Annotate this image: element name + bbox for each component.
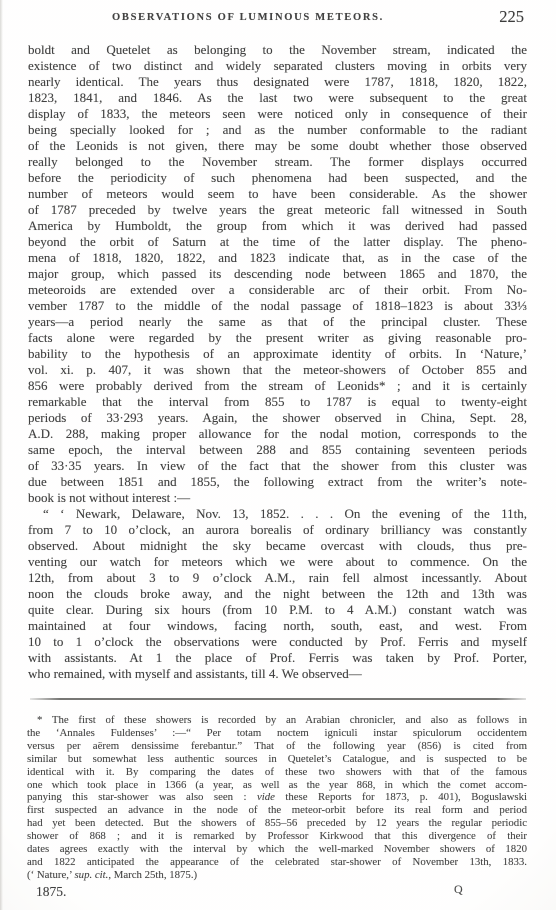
text-line: “ ‘ Newark, Delaware, Nov. 13, 1852. . .… [28, 506, 527, 522]
running-title: OBSERVATIONS OF LUMINOUS METEORS. [0, 12, 496, 23]
footnote-separator-rule [30, 698, 526, 700]
text-line: the ‘Annales Fuldenses’ :—“ Per totam no… [27, 727, 527, 740]
text-line: mena of 1818, 1820, 1822, and 1823 indic… [28, 250, 527, 266]
text-line: of 33·35 years. In view of the fact that… [28, 458, 527, 474]
footer-year: 1875. [36, 884, 66, 900]
text-line: nearly identical. The years thus designa… [28, 74, 527, 90]
text-line: remarkable that the interval from 855 to… [28, 394, 527, 410]
text-line: before the periodicity of such phenomena… [28, 170, 527, 186]
text-line: meteoroids are extended over a considera… [28, 282, 527, 298]
text-line: identical with it. By comparing the date… [27, 766, 527, 779]
text-line: 856 were probably derived from the strea… [28, 378, 527, 394]
text-line: 1823, 1841, and 1846. As the last two we… [28, 90, 527, 106]
running-head: OBSERVATIONS OF LUMINOUS METEORS. 225 [0, 9, 556, 31]
text-line: periods of 33·293 years. Again, the show… [28, 410, 527, 426]
scanned-book-page: OBSERVATIONS OF LUMINOUS METEORS. 225 bo… [0, 0, 556, 910]
footnote-paragraph: * The first of these showers is recorded… [27, 714, 527, 882]
text-line: of the Leonids is not given, there may b… [28, 138, 527, 154]
text-line: major group, which passed its descending… [28, 266, 527, 282]
text-line: vol. xi. p. 407, it was shown that the m… [28, 362, 527, 378]
text-line: facts alone were regarded by the present… [28, 330, 527, 346]
text-line: observed. About midnight the sky became … [28, 538, 527, 554]
printers-signature-mark: Q [454, 882, 463, 897]
text-line: shower of 868 ; and it is remarked by Pr… [27, 830, 527, 843]
text-line: with assistants. At 1 the place of Prof.… [28, 650, 527, 666]
footnote: * The first of these showers is recorded… [27, 714, 527, 882]
text-line: maintained at four windows, facing north… [28, 618, 527, 634]
text-line: had yet been detected. But the showers o… [27, 817, 527, 830]
text-line: years—a period nearly the same as that o… [28, 314, 527, 330]
text-line: noon the clouds broke away, and the nigh… [28, 586, 527, 602]
text-line: boldt and Quetelet as belonging to the N… [28, 42, 527, 58]
text-line: of 1787 preceded by twelve years the gre… [28, 202, 527, 218]
text-line: and 1822 anticipated the appearance of t… [27, 856, 527, 869]
text-line: who remained, with myself and assistants… [28, 666, 527, 682]
paragraph-quote-newark: “ ‘ Newark, Delaware, Nov. 13, 1852. . .… [28, 506, 527, 682]
text-line: really belonged to the November stream. … [28, 154, 527, 170]
text-line: venting our watch for meteors which we w… [28, 554, 527, 570]
text-line: A.D. 288, making proper allowance for th… [28, 426, 527, 442]
text-line: 10 to 1 o’clock the observations were co… [28, 634, 527, 650]
text-line: being specially looked for ; and as the … [28, 122, 527, 138]
text-line: similar but somewhat less authentic sour… [27, 753, 527, 766]
paragraph-continuation: boldt and Quetelet as belonging to the N… [28, 42, 527, 506]
text-line: beyond the orbit of Saturn at the time o… [28, 234, 527, 250]
text-line: same epoch, the interval between 288 and… [28, 442, 527, 458]
text-line: America by Humboldt, the group from whic… [28, 218, 527, 234]
text-line: due between 1851 and 1855, the following… [28, 474, 527, 490]
text-line: display of 1833, the meteors seen were n… [28, 106, 527, 122]
text-line: panying this star-shower was also seen :… [27, 791, 527, 804]
text-line: versus per aërem densissime ferebantur.”… [27, 740, 527, 753]
text-line: vember 1787 to the middle of the nodal p… [28, 298, 527, 314]
text-line: (‘ Nature,’ sup. cit., March 25th, 1875.… [27, 869, 527, 882]
text-line: dates agrees exactly with the interval b… [27, 843, 527, 856]
text-line: existence of two distinct and widely sep… [28, 58, 527, 74]
text-line: book is not without interest :— [28, 490, 527, 506]
text-line: one which took place in 1366 (a year, as… [27, 779, 527, 792]
text-line: 12th, from about 3 to 9 o’clock A.M., ra… [28, 570, 527, 586]
text-line: * The first of these showers is recorded… [27, 714, 527, 727]
text-line: bability to the hypothesis of an approxi… [28, 346, 527, 362]
text-line: first suspected an advance in the node o… [27, 804, 527, 817]
text-line: from 7 to 10 o’clock, an aurora borealis… [28, 522, 527, 538]
body-text: boldt and Quetelet as belonging to the N… [28, 42, 527, 682]
text-line: number of meteors would seem to have bee… [28, 186, 527, 202]
page-footer: 1875. Q [28, 884, 527, 906]
page-number: 225 [499, 7, 524, 27]
text-line: quite clear. During six hours (from 10 P… [28, 602, 527, 618]
